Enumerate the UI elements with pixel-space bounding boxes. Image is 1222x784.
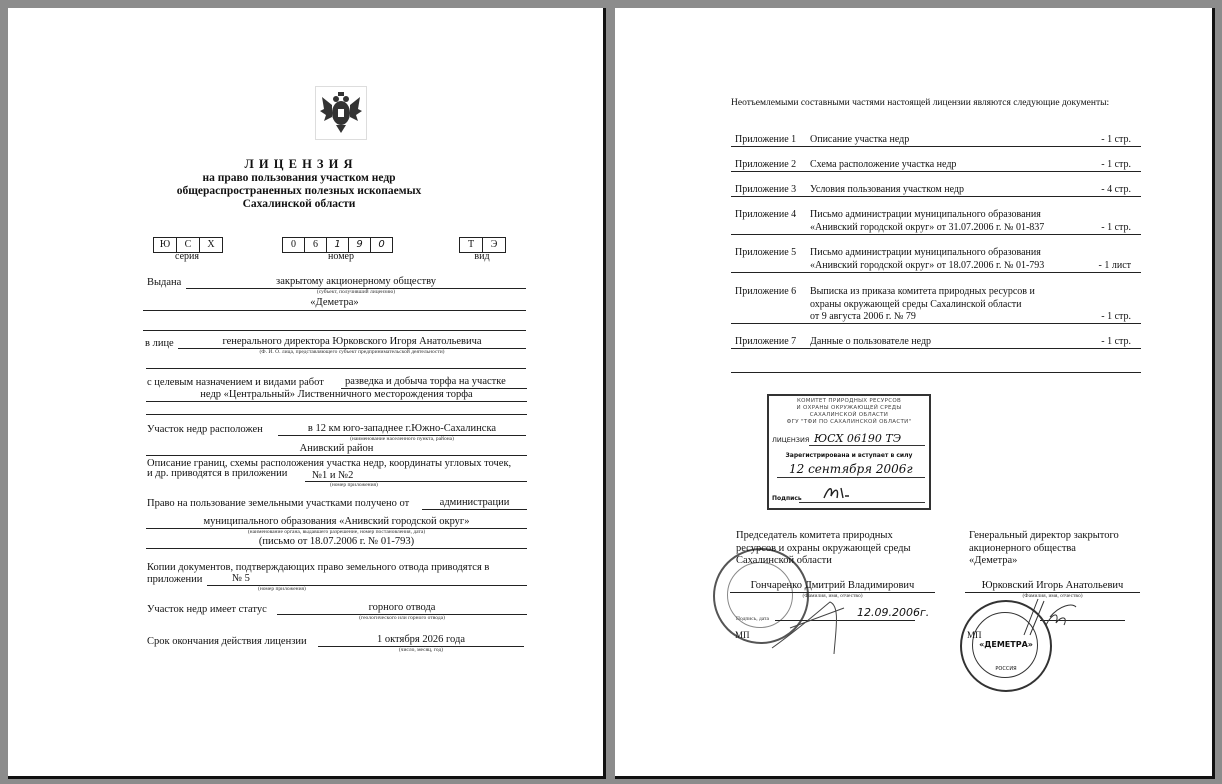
- annex-description: Схема расположение участка недр: [810, 159, 956, 172]
- kind-label: вид: [459, 251, 505, 262]
- number-char: 6: [305, 238, 327, 252]
- left-signatory-title: Председатель комитета природных ресурсов…: [736, 530, 911, 568]
- stamp-license-label: ЛИЦЕНЗИЯ: [772, 436, 809, 444]
- status-label: Участок недр имеет статус: [147, 604, 267, 615]
- registration-stamp: КОМИТЕТ ПРИРОДНЫХ РЕСУРСОВ И ОХРАНЫ ОКРУ…: [767, 394, 931, 510]
- stamp-signature-label: Подпись: [772, 495, 802, 502]
- annex-pages: - 4 стр.: [1071, 184, 1131, 195]
- right-signatory-name: Юрковский Игорь Анатольевич: [965, 580, 1140, 591]
- annexes-intro: Неотъемлемыми составными частями настоящ…: [731, 98, 1109, 108]
- annex-description: Данные о пользователе недр: [810, 336, 931, 349]
- annex-label: Приложение 7: [735, 336, 796, 347]
- series-label: серия: [153, 251, 221, 262]
- left-seal-mark: МП: [735, 630, 750, 640]
- annex-pages: - 1 стр.: [1071, 222, 1131, 233]
- status-caption: (геологического или горного отвода): [277, 615, 527, 621]
- number-char: 1: [327, 238, 349, 252]
- expiry-value: 1 октября 2026 года: [318, 634, 524, 645]
- left-signatory-name: Гончаренко Дмитрий Владимирович: [730, 580, 935, 591]
- location-value-2: Анивский район: [146, 443, 527, 454]
- series-char: Х: [200, 238, 222, 252]
- company-seal-center: «ДЕМЕТРА»: [962, 640, 1050, 649]
- location-caption: (наименование населенного пункта, района…: [278, 436, 526, 442]
- license-subtitle-1: на право пользования участком недр: [0, 172, 598, 184]
- land-rights-label: Право на пользование земельными участкам…: [147, 498, 409, 509]
- annex-description: Выписка из приказа комитета природных ре…: [810, 286, 1035, 324]
- expiry-label: Срок окончания действия лицензии: [147, 636, 307, 647]
- left-sign-date-value: 12.09.2006г.: [857, 606, 929, 619]
- purpose-label: с целевым назначением и видами работ: [147, 377, 324, 388]
- annex-pages: - 1 лист: [1071, 260, 1131, 271]
- annex-description: Письмо администрации муниципального обра…: [810, 209, 1044, 234]
- annex-label: Приложение 1: [735, 134, 796, 145]
- number-label: номер: [282, 251, 400, 262]
- company-seal-country: РОССИЯ: [962, 666, 1050, 672]
- copies-label-1: Копии документов, подтверждающих право з…: [147, 562, 489, 573]
- land-rights-value-3: (письмо от 18.07.2006 г. № 01-793): [146, 536, 527, 547]
- annex-description: Условия пользования участком недр: [810, 184, 964, 197]
- annex-description: Письмо администрации муниципального обра…: [810, 247, 1044, 272]
- kind-char: Т: [460, 238, 483, 252]
- copies-value: № 5: [232, 573, 250, 584]
- series-char: Ю: [154, 238, 177, 252]
- kind-char: Э: [483, 238, 505, 252]
- boundaries-caption: (номер приложения): [330, 482, 378, 488]
- number-char: 0: [371, 238, 392, 252]
- number-char: 0: [283, 238, 305, 252]
- boundaries-value: №1 и №2: [312, 470, 353, 481]
- purpose-value-2: недр «Центральный» Лиственничного местор…: [146, 389, 527, 400]
- location-value-1: в 12 км юго-западнее г.Южно-Сахалинска: [278, 423, 526, 434]
- stamp-registered-text: Зарегистрирована и вступает в силу: [769, 452, 929, 459]
- annex-label: Приложение 3: [735, 184, 796, 195]
- expiry-caption: (число, месяц, год): [318, 647, 524, 653]
- annex-label: Приложение 5: [735, 247, 796, 258]
- right-signature-icon: [1020, 595, 1080, 640]
- land-rights-value-2: муниципального образования «Анивский гор…: [146, 516, 527, 527]
- annex-label: Приложение 4: [735, 209, 796, 220]
- copies-caption: (номер приложения): [258, 586, 306, 592]
- annex-pages: - 1 стр.: [1071, 134, 1131, 145]
- stamp-header: КОМИТЕТ ПРИРОДНЫХ РЕСУРСОВ И ОХРАНЫ ОКРУ…: [769, 398, 929, 426]
- annex-description: Описание участка недр: [810, 134, 909, 147]
- represented-by-value: генерального директора Юрковского Игоря …: [178, 336, 526, 347]
- location-label: Участок недр расположен: [147, 424, 263, 435]
- left-signature-icon: [770, 598, 850, 658]
- license-subtitle-2: общераспространенных полезных ископаемых: [0, 185, 598, 197]
- license-title: Л И Ц Е Н З И Я: [0, 157, 598, 172]
- issued-to-value: закрытому акционерному обществу: [186, 276, 526, 287]
- issued-to-company: «Деметра»: [143, 297, 526, 308]
- issued-to-caption: (субъект, получивший лицензию): [186, 289, 526, 295]
- copies-label-2: приложении: [147, 574, 202, 585]
- stamp-signature-icon: [821, 482, 851, 502]
- annex-label: Приложение 2: [735, 159, 796, 170]
- issued-to-label: Выдана: [147, 277, 181, 288]
- boundaries-label-2: и др. приводятся в приложении: [147, 468, 287, 479]
- series-char: С: [177, 238, 200, 252]
- land-rights-caption: (наименование органа, выдавшего разрешен…: [146, 529, 527, 535]
- purpose-value-1: разведка и добыча торфа на участке: [345, 376, 506, 387]
- russian-coat-of-arms-icon: [315, 86, 367, 140]
- stamp-date-value: 12 сентября 2006г: [789, 462, 913, 476]
- land-rights-value-1: администрации: [422, 497, 527, 508]
- status-value: горного отвода: [277, 602, 527, 613]
- license-subtitle-3: Сахалинской области: [0, 198, 598, 210]
- stamp-license-value: ЮСХ 06190 ТЭ: [814, 432, 901, 445]
- represented-by-label: в лице: [145, 338, 174, 349]
- right-seal-mark: МП: [967, 630, 982, 640]
- represented-by-caption: (Ф. И. О. лица, представляющего субъект …: [178, 349, 526, 355]
- annex-label: Приложение 6: [735, 286, 796, 297]
- number-char: 9: [349, 238, 371, 252]
- annex-pages: - 1 стр.: [1071, 311, 1131, 322]
- right-signatory-title: Генеральный директор закрытого акционерн…: [969, 530, 1119, 568]
- left-sign-date-label: Подпись, дата: [736, 616, 769, 622]
- annex-pages: - 1 стр.: [1071, 159, 1131, 170]
- annex-pages: - 1 стр.: [1071, 336, 1131, 347]
